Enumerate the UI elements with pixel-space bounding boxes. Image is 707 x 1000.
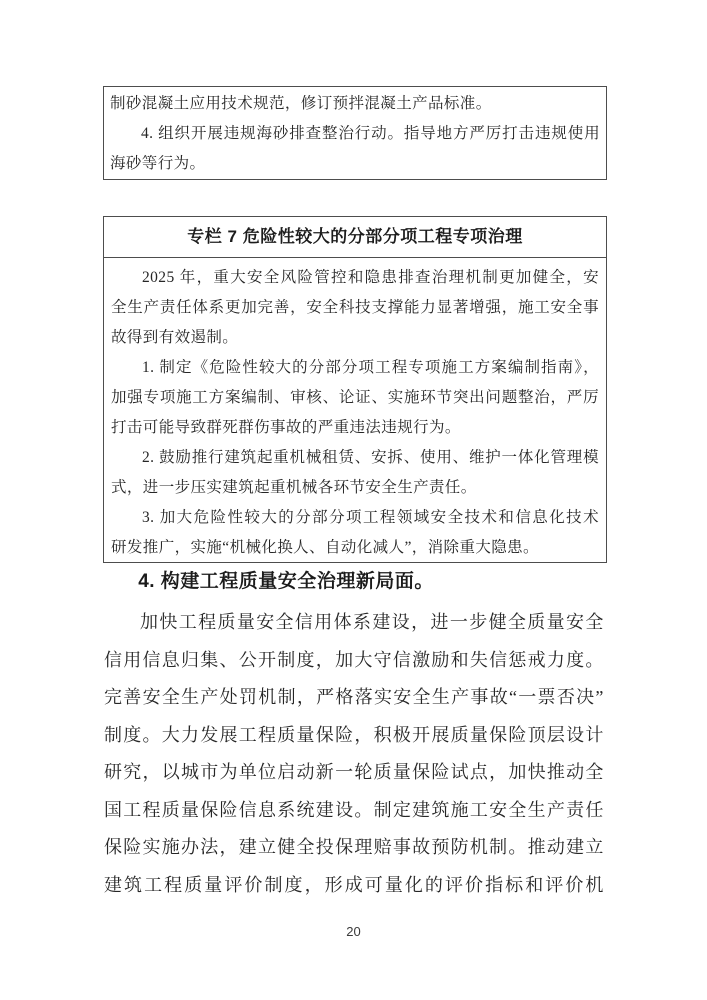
body-line: 完善安全生产处罚机制，严格落实安全生产事故“一票否决” [104,679,604,717]
body-paragraph: 加快工程质量安全信用体系建设，进一步健全质量安全 信用信息归集、公开制度，加大守… [104,604,604,904]
body-line: 建筑工程质量评价制度，形成可量化的评价指标和评价机 [104,867,604,905]
callout-line: 全生产责任体系更加完善，安全科技支撑能力显著增强，施工安全事 [111,293,599,323]
callout-content: 2025 年，重大安全风险管控和隐患排查治理机制更加健全，安 全生产责任体系更加… [104,258,606,563]
continued-text-box: 制砂混凝土应用技术规范，修订预拌混凝土产品标准。 4. 组织开展违规海砂排查整治… [103,86,607,180]
callout-line: 1. 制定《危险性较大的分部分项工程专项施工方案编制指南》， [111,353,599,383]
callout-line: 加强专项施工方案编制、审核、论证、实施环节突出问题整治，严厉 [111,383,599,413]
box-line: 4. 组织开展违规海砂排查整治行动。指导地方严厉打击违规使用 [110,119,600,149]
callout-line: 3. 加大危险性较大的分部分项工程领域安全技术和信息化技术 [111,503,599,533]
callout-title: 专栏 7 危险性较大的分部分项工程专项治理 [104,217,606,258]
callout-line: 打击可能导致群死群伤事故的严重违法违规行为。 [111,413,599,443]
body-line: 制度。大力发展工程质量保险，积极开展质量保险顶层设计 [104,717,604,755]
callout-line: 故得到有效遏制。 [111,323,599,353]
box-line: 海砂等行为。 [110,149,600,179]
callout-line: 2. 鼓励推行建筑起重机械租赁、安拆、使用、维护一体化管理模 [111,443,599,473]
callout-line: 式，进一步压实建筑起重机械各环节安全生产责任。 [111,473,599,503]
body-line: 国工程质量保险信息系统建设。制定建筑施工安全生产责任 [104,792,604,830]
body-line: 研究，以城市为单位启动新一轮质量保险试点，加快推动全 [104,754,604,792]
callout-line: 研发推广，实施“机械化换人、自动化减人”，消除重大隐患。 [111,533,599,563]
box-line: 制砂混凝土应用技术规范，修订预拌混凝土产品标准。 [110,89,600,119]
body-line: 保险实施办法，建立健全投保理赔事故预防机制。推动建立 [104,829,604,867]
callout-line: 2025 年，重大安全风险管控和隐患排查治理机制更加健全，安 [111,263,599,293]
body-line: 加快工程质量安全信用体系建设，进一步健全质量安全 [104,604,604,642]
page-number: 20 [0,924,707,939]
callout-box: 专栏 7 危险性较大的分部分项工程专项治理 2025 年，重大安全风险管控和隐患… [103,216,607,563]
section-heading: 4. 构建工程质量安全治理新局面。 [104,566,604,598]
body-line: 信用信息归集、公开制度，加大守信激励和失信惩戒力度。 [104,642,604,680]
document-page: 制砂混凝土应用技术规范，修订预拌混凝土产品标准。 4. 组织开展违规海砂排查整治… [0,0,707,1000]
